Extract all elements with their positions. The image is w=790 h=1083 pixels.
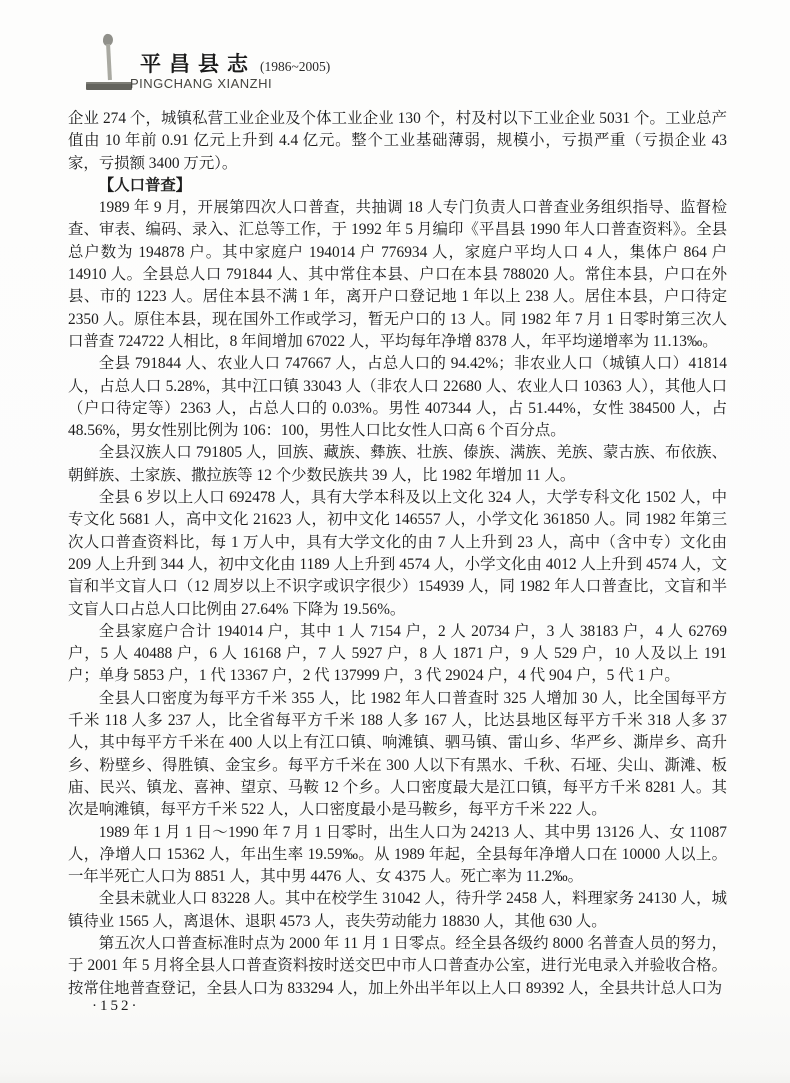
body-paragraph: 全县人口密度为每平方千米 355 人，比 1982 年人口普查时 325 人增加… xyxy=(68,688,727,822)
body-paragraph: 全县 791844 人、农业人口 747667 人，占总人口的 94.42%；非… xyxy=(68,353,727,442)
monument-statue-icon xyxy=(86,32,134,92)
section-heading: 【人口普查】 xyxy=(68,175,727,197)
page-number: ·152· xyxy=(92,998,140,1015)
publication-title: 平昌县志 xyxy=(140,52,256,76)
intro-continuation-paragraph: 企业 274 个，城镇私营工业企业及个体工业企业 130 个，村及村以下工业企业… xyxy=(68,108,727,175)
monument-stem xyxy=(106,44,112,80)
publication-edition-years: (1986~2005) xyxy=(260,59,330,74)
body-paragraph: 全县 6 岁以上人口 692478 人，具有大学本科及以上文化 324 人，大学… xyxy=(68,487,727,621)
publication-title-pinyin: PINGCHANG XIANZHI xyxy=(130,76,272,91)
body-paragraph: 1989 年 1 月 1 日～1990 年 7 月 1 日零时，出生人口为 24… xyxy=(68,822,727,889)
body-paragraph: 全县家庭户合计 194014 户，其中 1 人 7154 户，2 人 20734… xyxy=(68,621,727,688)
page-body-text: 企业 274 个，城镇私营工业企业及个体工业企业 130 个，村及村以下工业企业… xyxy=(68,108,727,1000)
body-paragraph: 1989 年 9 月，开展第四次人口普查，共抽调 18 人专门负责人口普查业务组… xyxy=(68,197,727,353)
body-paragraph: 第五次人口普查标准时点为 2000 年 11 月 1 日零点。经全县各级约 80… xyxy=(68,933,727,1000)
body-paragraph: 全县汉族人口 791805 人，回族、藏族、彝族、壮族、傣族、满族、羌族、蒙古族… xyxy=(68,442,727,487)
monument-base xyxy=(86,82,132,90)
body-paragraph: 全县未就业人口 83228 人。其中在校学生 31042 人，待升学 2458 … xyxy=(68,888,727,933)
scanned-book-page: 平昌县志 (1986~2005) PINGCHANG XIANZHI 企业 27… xyxy=(0,0,790,1083)
publication-title-block: 平昌县志 (1986~2005) xyxy=(140,48,500,78)
